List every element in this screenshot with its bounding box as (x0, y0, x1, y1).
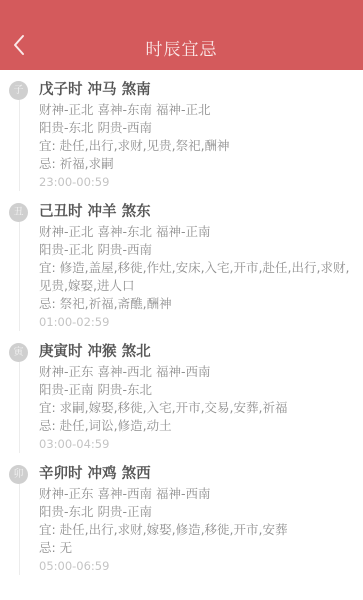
suitable-activities: 宜: 赴任,出行,求财,见贵,祭祀,酬神 (39, 137, 363, 155)
avoid-activities: 忌: 祭祀,祈福,斋醮,酬神 (39, 295, 363, 313)
time-range: 05:00-06:59 (39, 557, 363, 575)
suitable-activities: 宜: 赴任,出行,求财,嫁娶,修造,移徙,开市,安葬 (39, 521, 363, 539)
gods-directions: 财神-正东 喜神-西北 福神-西南 (39, 363, 363, 381)
gods-directions: 财神-正东 喜神-西南 福神-西南 (39, 485, 363, 503)
time-range: 01:00-02:59 (39, 313, 363, 331)
branch-badge: 丑 (9, 203, 28, 222)
branch-badge: 寅 (9, 343, 28, 362)
time-range: 23:00-00:59 (39, 173, 363, 191)
gods-directions: 财神-正北 喜神-东南 福神-正北 (39, 101, 363, 119)
suitable-activities: 宜: 求嗣,嫁娶,移徙,入宅,开市,交易,安葬,祈福 (39, 399, 363, 417)
list-item: 寅 庚寅时 冲猴 煞北 财神-正东 喜神-西北 福神-西南 阳贵-正南 阴贵-东… (0, 341, 363, 453)
hour-list: 子 戊子时 冲马 煞南 财神-正北 喜神-东南 福神-正北 阳贵-东北 阴贵-西… (0, 79, 363, 585)
hour-title: 己丑时 冲羊 煞东 (39, 201, 363, 223)
gods-directions: 财神-正北 喜神-东北 福神-正南 (39, 223, 363, 241)
list-item: 子 戊子时 冲马 煞南 财神-正北 喜神-东南 福神-正北 阳贵-东北 阴贵-西… (0, 79, 363, 191)
hour-title: 辛卯时 冲鸡 煞西 (39, 463, 363, 485)
time-range: 03:00-04:59 (39, 435, 363, 453)
list-item: 丑 己丑时 冲羊 煞东 财神-正北 喜神-东北 福神-正南 阳贵-正北 阴贵-西… (0, 201, 363, 331)
avoid-activities: 忌: 赴任,词讼,修造,动土 (39, 417, 363, 435)
hour-title: 戊子时 冲马 煞南 (39, 79, 363, 101)
timeline-line (19, 361, 20, 453)
noble-directions: 阳贵-东北 阴贵-正南 (39, 503, 363, 521)
noble-directions: 阳贵-正南 阴贵-东北 (39, 381, 363, 399)
avoid-activities: 忌: 祈福,求嗣 (39, 155, 363, 173)
app-header: 时辰宜忌 (0, 0, 363, 70)
noble-directions: 阳贵-东北 阴贵-西南 (39, 119, 363, 137)
timeline-line (19, 483, 20, 575)
noble-directions: 阳贵-正北 阴贵-西南 (39, 241, 363, 259)
suitable-activities: 宜: 修造,盖屋,移徙,作灶,安床,入宅,开市,赴任,出行,求财,见贵,嫁娶,进… (39, 259, 363, 295)
hour-title: 庚寅时 冲猴 煞北 (39, 341, 363, 363)
list-item: 卯 辛卯时 冲鸡 煞西 财神-正东 喜神-西南 福神-西南 阳贵-东北 阴贵-正… (0, 463, 363, 575)
timeline-line (19, 99, 20, 191)
page-title: 时辰宜忌 (0, 35, 363, 60)
branch-badge: 卯 (9, 465, 28, 484)
timeline-line (19, 221, 20, 331)
branch-badge: 子 (9, 81, 28, 100)
avoid-activities: 忌: 无 (39, 539, 363, 557)
